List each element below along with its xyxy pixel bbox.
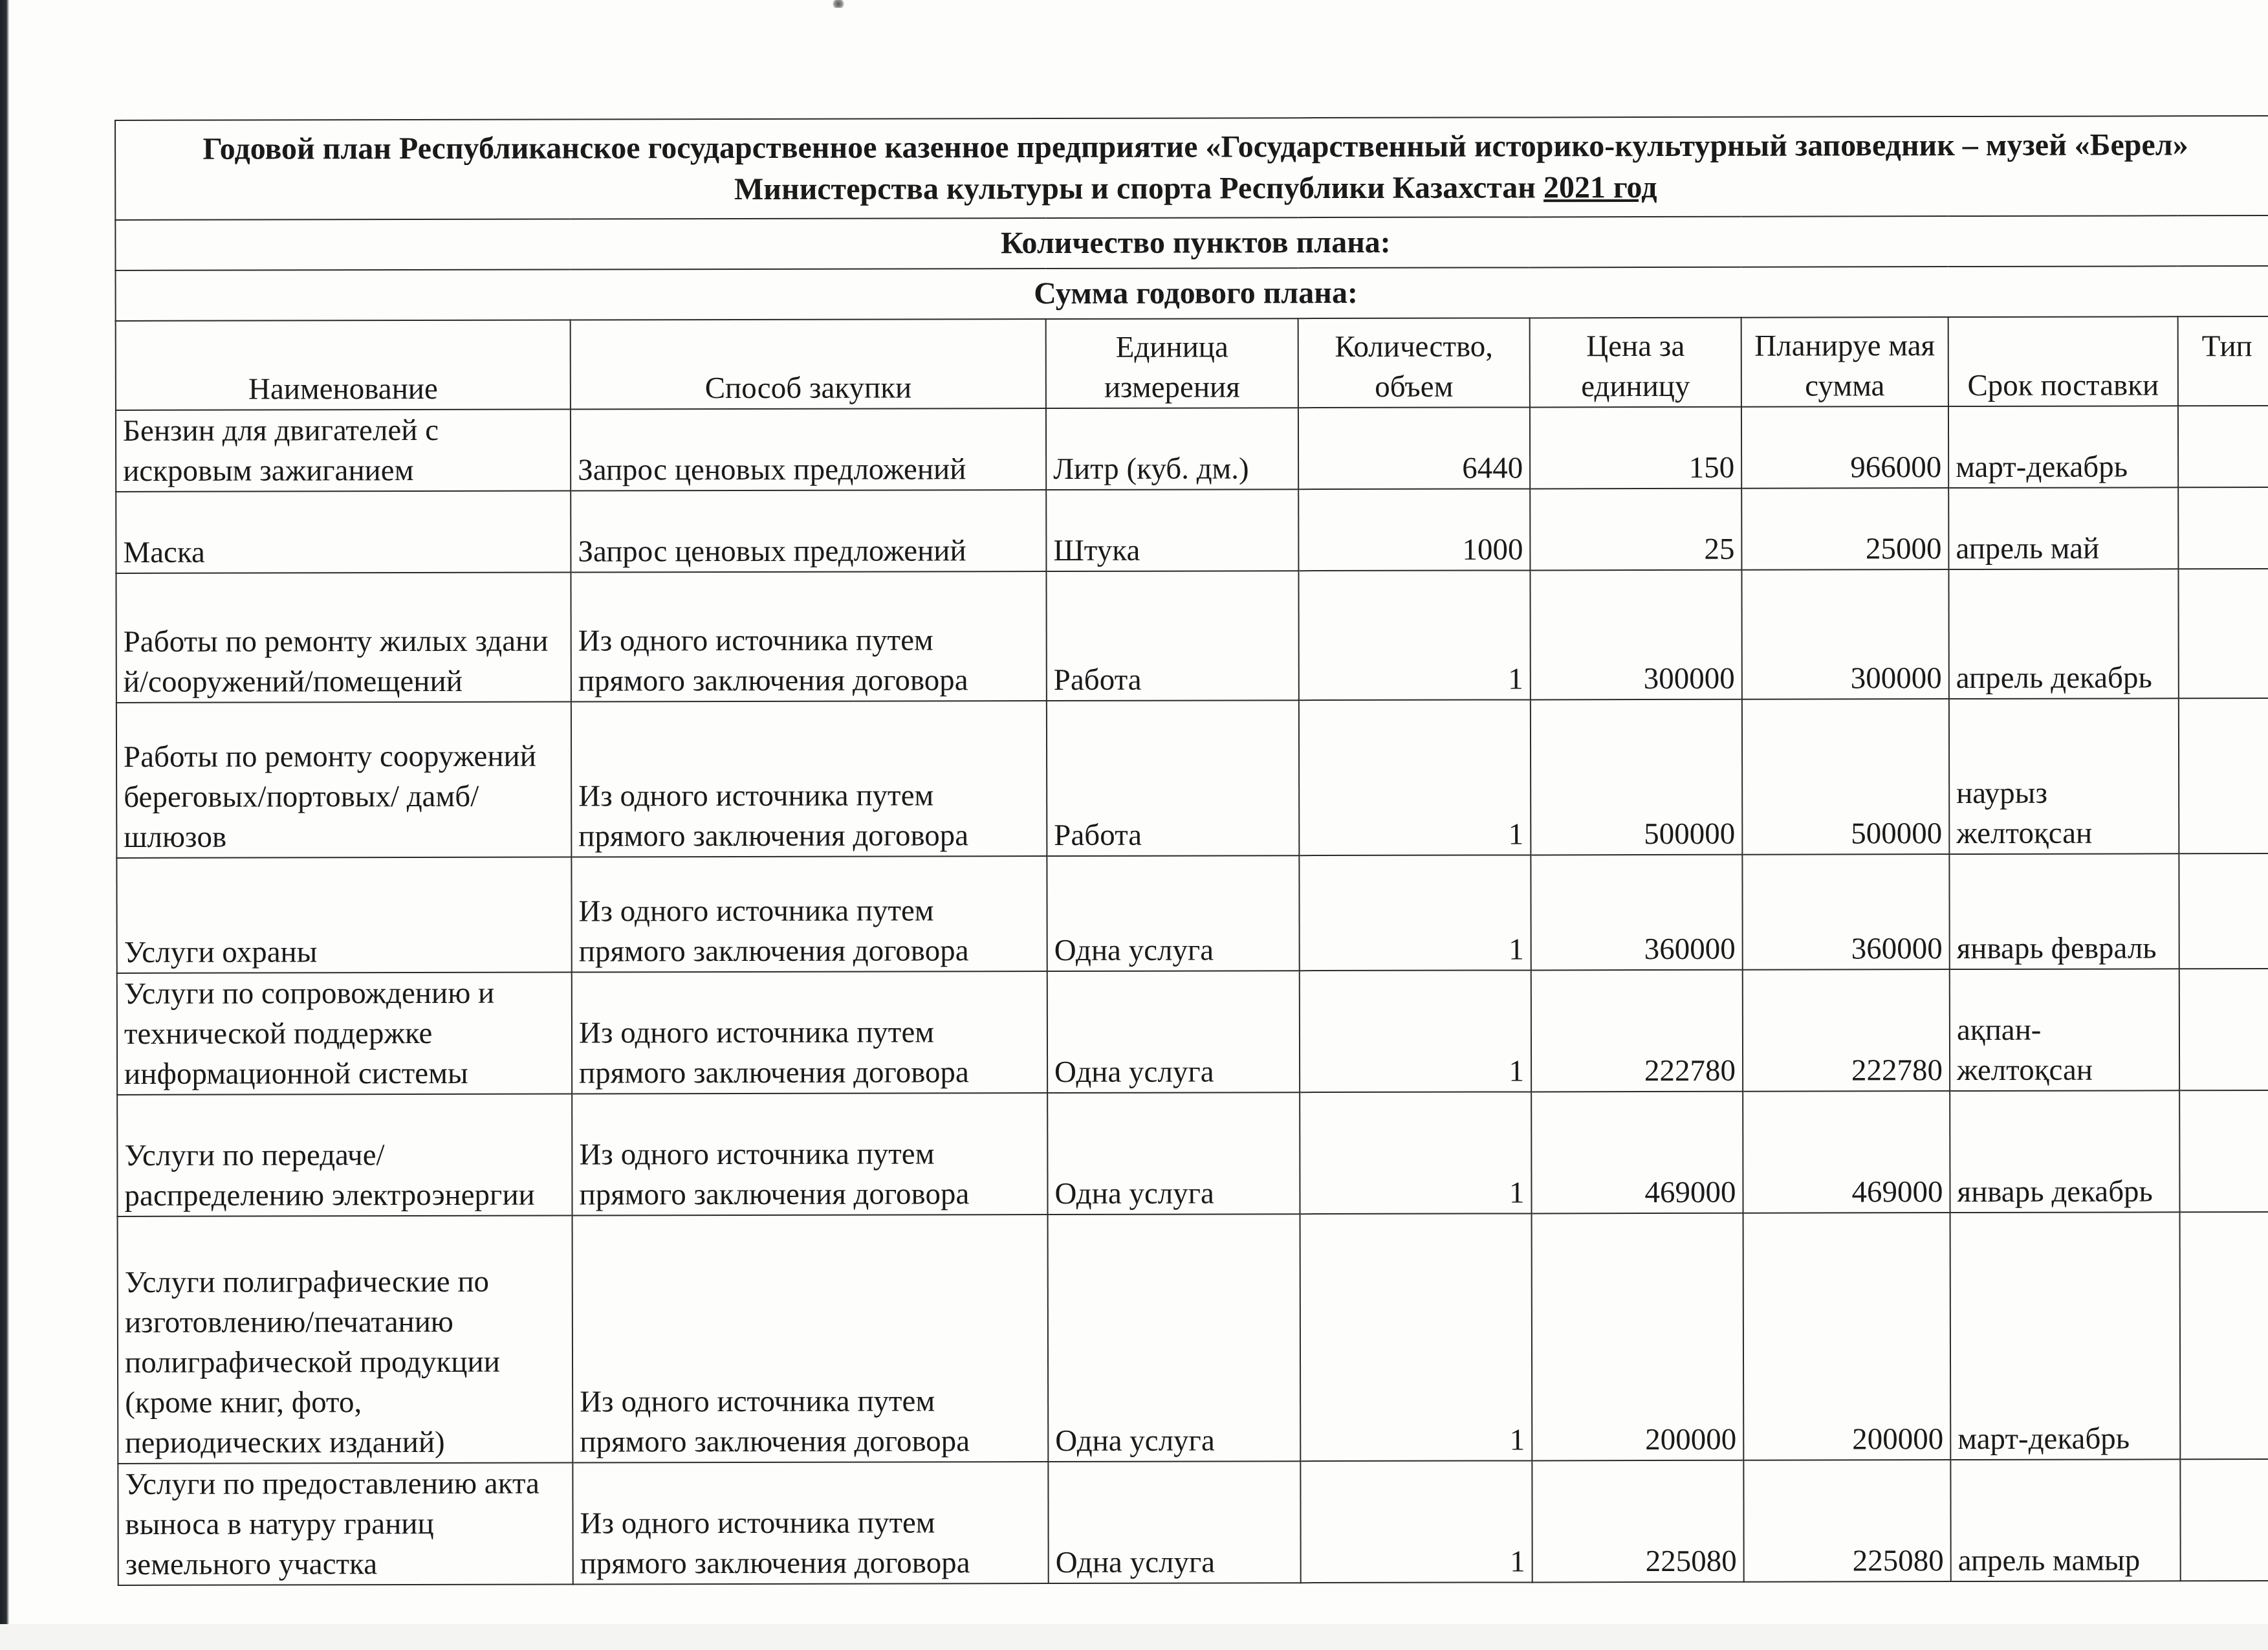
cell-delivery-period: апрель мамыр [1950,1459,2180,1581]
cell-unit-price: 469000 [1531,1092,1743,1214]
cell-delivery-period: январь февраль [1949,853,2179,969]
cell-unit-price: 150 [1530,407,1741,489]
header-type: Тип [2178,316,2268,406]
cell-planned-sum: 300000 [1741,569,1948,699]
cell-planned-sum: 966000 [1741,406,1948,489]
cell-quantity: 1 [1300,1213,1532,1461]
cell-unit: Литр (куб. дм.) [1046,408,1298,490]
scan-edge [0,0,9,1650]
table-row: Услуги по передаче/распределению электро… [117,1090,2268,1216]
cell-unit-price: 500000 [1531,699,1743,855]
plan-sum-label: Сумма годового плана: [115,266,2268,321]
cell-type [2180,1212,2268,1459]
cell-unit: Одна услуга [1047,971,1300,1093]
document-title: Годовой план Республиканское государстве… [115,116,2268,220]
cell-method: Из одного источника путем прямого заключ… [572,1093,1047,1216]
cell-name: Работы по ремонту сооружений береговых/п… [116,702,572,858]
cell-name: Работы по ремонту жилых зданий/сооружени… [116,573,571,703]
table-row: Маска Запрос ценовых предложений Штука 1… [116,487,2268,573]
cell-method: Из одного источника путем прямого заключ… [572,1462,1048,1585]
table-header-row: Наименование Способ закупки Единица изме… [116,316,2268,410]
cell-name: Услуги по предоставлению акта выноса в н… [118,1463,572,1585]
document-title-text: Годовой план Республиканское государстве… [202,127,2188,206]
cell-delivery-period: ақпан-желтоқсан [1950,969,2179,1091]
cell-type [2178,406,2268,487]
cell-type [2179,853,2268,969]
cell-unit-price: 300000 [1530,570,1741,700]
cell-quantity: 1 [1300,1460,1532,1583]
cell-quantity: 1 [1300,1092,1531,1214]
cell-quantity: 6440 [1298,407,1530,489]
cell-planned-sum: 225080 [1743,1460,1950,1582]
cell-delivery-period: январь декабрь [1950,1090,2179,1213]
cell-method: Запрос ценовых предложений [571,490,1046,573]
cell-unit-price: 222780 [1531,970,1743,1092]
cell-method: Из одного источника путем прямого заключ… [571,701,1047,857]
cell-unit-price: 225080 [1532,1460,1743,1583]
cell-quantity: 1000 [1298,489,1530,571]
table-row: Услуги охраны Из одного источника путем … [116,853,2268,973]
cell-type [2178,487,2268,569]
table-row: Работы по ремонту сооружений береговых/п… [116,698,2268,858]
header-method: Способ закупки [571,319,1046,410]
cell-delivery-period: март-декабрь [1950,1212,2181,1460]
cell-planned-sum: 360000 [1742,854,1949,970]
table-row: Услуги по сопровождению и технической по… [117,969,2268,1095]
cell-unit: Одна услуга [1047,1092,1300,1215]
cell-unit: Штука [1046,489,1298,571]
cell-method: Из одного источника путем прямого заключ… [571,571,1046,702]
header-unit-price: Цена за единицу [1530,318,1741,408]
procurement-plan-document: Годовой план Республиканское государстве… [114,115,2268,1586]
cell-method: Из одного источника путем прямого заключ… [572,1215,1049,1463]
header-quantity: Количество, объем [1298,318,1530,408]
cell-planned-sum: 222780 [1743,969,1950,1092]
cell-delivery-period: апрель декабрь [1948,569,2178,699]
cell-quantity: 1 [1299,855,1531,971]
cell-delivery-period: март-декабрь [1948,406,2178,488]
header-unit: Единица измерения [1046,318,1298,408]
cell-name: Услуги полиграфические по изготовлению/п… [118,1216,573,1464]
header-name: Наименование [116,320,571,410]
table-row: Бензин для двигателей с искровым зажиган… [116,406,2268,492]
cell-type [2179,1090,2268,1212]
cell-type [2178,569,2268,698]
table-row: Работы по ремонту жилых зданий/сооружени… [116,569,2268,703]
cell-unit-price: 25 [1530,489,1741,571]
cell-type [2179,969,2268,1090]
cell-unit: Работа [1046,571,1298,701]
cell-planned-sum: 200000 [1743,1213,1951,1460]
cell-type [2180,1459,2268,1581]
table-row: Услуги по предоставлению акта выноса в н… [118,1459,2268,1585]
cell-type [2179,698,2268,853]
cell-name: Бензин для двигателей с искровым зажиган… [116,410,571,492]
cell-delivery-period: апрель май [1948,487,2178,569]
header-planned-sum: Планируе мая сумма [1741,317,1948,407]
cell-name: Услуги охраны [116,857,571,973]
cell-unit: Одна услуга [1047,855,1299,971]
cell-planned-sum: 500000 [1742,699,1950,855]
cell-delivery-period: наурыз желтоқсан [1949,698,2179,854]
cell-quantity: 1 [1300,970,1531,1092]
cell-name: Услуги по передаче/распределению электро… [117,1094,572,1216]
cell-unit: Работа [1047,700,1300,856]
table-row: Услуги полиграфические по изготовлению/п… [118,1212,2268,1464]
cell-method: Из одного источника путем прямого заключ… [571,856,1047,973]
cell-unit: Одна услуга [1048,1214,1301,1462]
plan-items-count-label: Количество пунктов плана: [115,215,2268,270]
cell-quantity: 1 [1298,570,1530,700]
scan-speck [831,0,845,8]
cell-name: Маска [116,491,571,573]
document-title-year: 2021 год [1543,170,1657,204]
cell-unit-price: 200000 [1532,1213,1744,1461]
cell-method: Из одного источника путем прямого заключ… [572,971,1047,1094]
header-delivery-period: Срок поставки [1948,316,2178,406]
cell-planned-sum: 25000 [1741,488,1948,570]
cell-unit: Одна услуга [1048,1461,1300,1583]
cell-unit-price: 360000 [1531,855,1742,971]
cell-quantity: 1 [1299,699,1531,855]
scan-margin [0,1624,2268,1650]
annual-plan-table: Годовой план Республиканское государстве… [114,115,2268,1586]
cell-planned-sum: 469000 [1743,1091,1950,1213]
cell-method: Запрос ценовых предложений [571,408,1046,491]
cell-name: Услуги по сопровождению и технической по… [117,973,572,1095]
